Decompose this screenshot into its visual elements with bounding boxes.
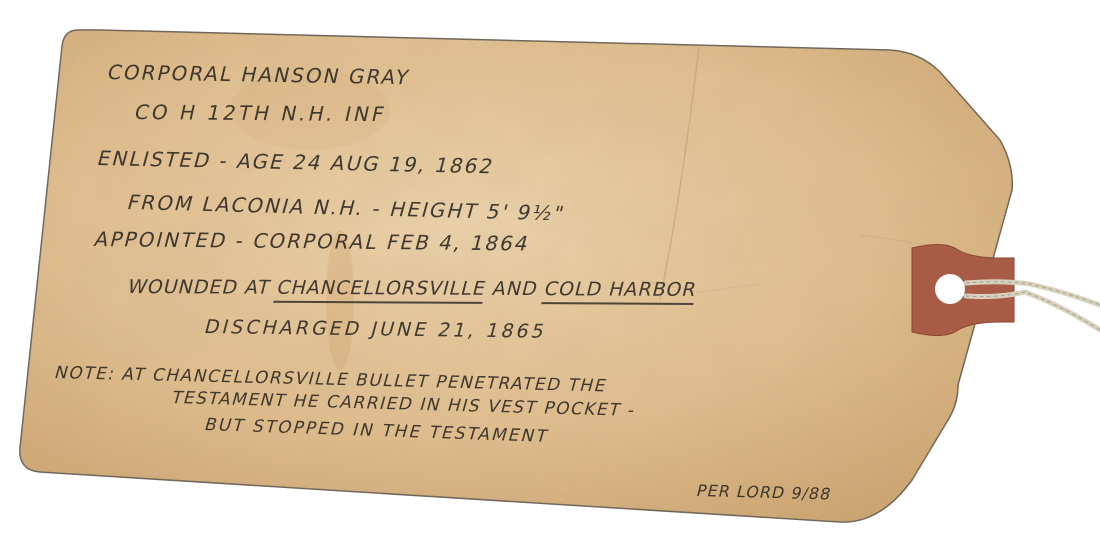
wounded-place-chancellorsville: Chancellorsville xyxy=(274,277,489,304)
reinforcement-patch xyxy=(912,244,1014,335)
wounded-place-cold-harbor: Cold Harbor xyxy=(541,278,699,305)
appointed-line: Appointed - Corporal Feb 4, 1864 xyxy=(92,227,533,255)
unit-line: Co H 12th N.H. Inf xyxy=(132,100,389,126)
wounded-line: Wounded at Chancellorsville and Cold Har… xyxy=(125,276,699,301)
wounded-joiner: and xyxy=(483,278,548,300)
wounded-prefix: Wounded at xyxy=(125,276,280,299)
attribution: Per Lord 9/88 xyxy=(695,481,834,503)
tag-photo: Corporal Hanson Gray Co H 12th N.H. Inf … xyxy=(0,0,1100,545)
